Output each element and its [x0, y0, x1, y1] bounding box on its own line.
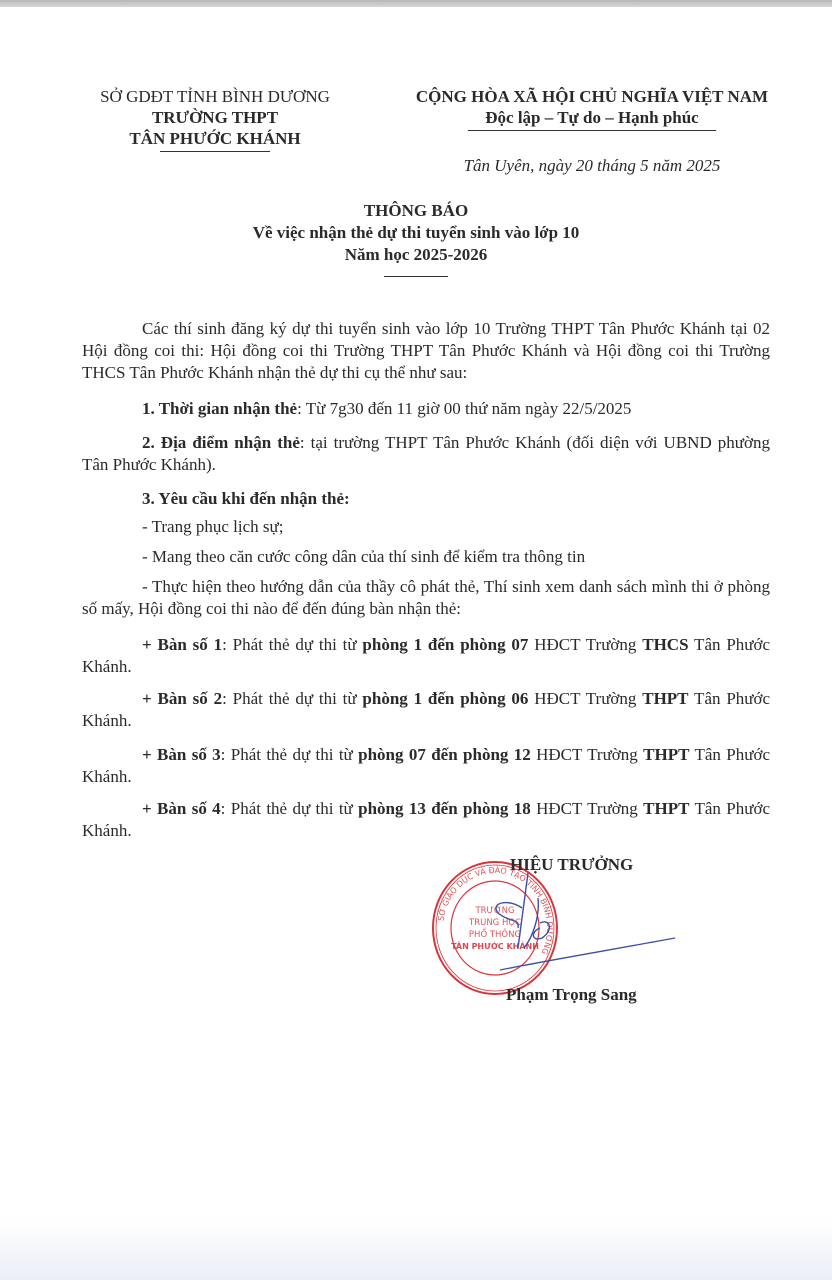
- bullet-plus: +: [142, 689, 158, 708]
- country-name: CỘNG HÒA XÃ HỘI CHỦ NGHĨA VIỆT NAM: [386, 86, 798, 107]
- signatory-name: Phạm Trọng Sang: [506, 985, 637, 1005]
- requirement-bullet: - Trang phục lịch sự;: [82, 516, 770, 538]
- table-school: THPT: [642, 689, 688, 708]
- national-motto: Độc lập – Tự do – Hạnh phúc: [386, 107, 798, 128]
- bullet-plus: +: [142, 635, 158, 654]
- item-time: 1. Thời gian nhận thẻ: Từ 7g30 đến 11 gi…: [82, 398, 770, 420]
- table-assignment: + Bàn số 4: Phát thẻ dự thi từ phòng 13 …: [82, 798, 770, 842]
- table-label: Bàn số 3: [157, 745, 221, 764]
- header-right-rule: [468, 130, 716, 131]
- table-label: Bàn số 1: [158, 635, 223, 654]
- table-desc: : Phát thẻ dự thi từ: [222, 635, 362, 654]
- item-location-label: 2. Địa điểm nhận thẻ: [142, 433, 300, 452]
- table-desc: : Phát thẻ dự thi từ: [221, 799, 358, 818]
- item-time-text: : Từ 7g30 đến 11 giờ 00 thứ năm ngày 22/…: [297, 399, 631, 418]
- department-name: SỞ GDĐT TỈNH BÌNH DƯƠNG: [60, 86, 370, 107]
- scan-bottom-shadow: [0, 1220, 832, 1280]
- table-desc: : Phát thẻ dự thi từ: [221, 745, 358, 764]
- title-year: Năm học 2025-2026: [0, 244, 832, 266]
- table-desc: : Phát thẻ dự thi từ: [222, 689, 362, 708]
- title-main: THÔNG BÁO: [0, 200, 832, 222]
- table-assignment: + Bàn số 2: Phát thẻ dự thi từ phòng 1 đ…: [82, 688, 770, 732]
- table-assignment: + Bàn số 1: Phát thẻ dự thi từ phòng 1 đ…: [82, 634, 770, 678]
- table-label: Bàn số 2: [158, 689, 223, 708]
- item-requirements-label: 3. Yêu cầu khi đến nhận thẻ:: [82, 488, 770, 510]
- table-council: HĐCT Trường: [531, 745, 643, 764]
- school-type: TRƯỜNG THPT: [60, 107, 370, 128]
- signatory-title: HIỆU TRƯỞNG: [510, 855, 633, 875]
- table-label: Bàn số 4: [157, 799, 221, 818]
- requirement-bullet: - Thực hiện theo hướng dẫn của thầy cô p…: [82, 576, 770, 620]
- item-time-label: 1. Thời gian nhận thẻ: [142, 399, 297, 418]
- table-school: THCS: [642, 635, 688, 654]
- document-title: THÔNG BÁO Về việc nhận thẻ dự thi tuyển …: [0, 200, 832, 277]
- school-name: TÂN PHƯỚC KHÁNH: [60, 128, 370, 149]
- table-council: HĐCT Trường: [528, 689, 642, 708]
- place-date: Tân Uyên, ngày 20 tháng 5 năm 2025: [386, 156, 798, 176]
- table-school: THPT: [643, 745, 689, 764]
- table-assignment: + Bàn số 3: Phát thẻ dự thi từ phòng 07 …: [82, 744, 770, 788]
- title-subject: Về việc nhận thẻ dự thi tuyển sinh vào l…: [0, 222, 832, 244]
- table-rooms: phòng 13 đến phòng 18: [358, 799, 531, 818]
- signature-icon: [480, 868, 680, 978]
- intro-paragraph: Các thí sinh đăng ký dự thi tuyển sinh v…: [82, 318, 770, 384]
- table-school: THPT: [643, 799, 689, 818]
- table-rooms: phòng 07 đến phòng 12: [358, 745, 531, 764]
- table-rooms: phòng 1 đến phòng 07: [362, 635, 528, 654]
- table-council: HĐCT Trường: [528, 635, 642, 654]
- issuer-header: SỞ GDĐT TỈNH BÌNH DƯƠNG TRƯỜNG THPT TÂN …: [60, 86, 370, 152]
- table-council: HĐCT Trường: [531, 799, 643, 818]
- bullet-plus: +: [142, 745, 157, 764]
- header-left-rule: [160, 151, 270, 152]
- requirement-bullet: - Mang theo căn cước công dân của thí si…: [82, 546, 770, 568]
- bullet-plus: +: [142, 799, 157, 818]
- table-rooms: phòng 1 đến phòng 06: [362, 689, 528, 708]
- national-header: CỘNG HÒA XÃ HỘI CHỦ NGHĨA VIỆT NAM Độc l…: [386, 86, 798, 131]
- item-location: 2. Địa điểm nhận thẻ: tại trường THPT Tâ…: [82, 432, 770, 476]
- title-rule: [384, 276, 448, 277]
- document-page: SỞ GDĐT TỈNH BÌNH DƯƠNG TRƯỜNG THPT TÂN …: [0, 0, 832, 1280]
